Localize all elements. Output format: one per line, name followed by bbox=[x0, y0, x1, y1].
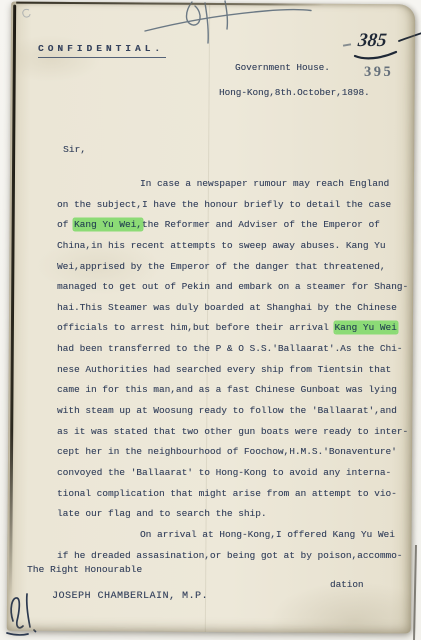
body-text: late our flag and to search the ship. bbox=[57, 508, 267, 519]
body-text: On arrival at Hong-Kong,I offered Kang Y… bbox=[140, 529, 395, 540]
body-line: late our flag and to search the ship. bbox=[57, 508, 409, 529]
body-line: came in for this man,and as a fast Chine… bbox=[57, 384, 409, 405]
ink-initials-icon bbox=[4, 589, 42, 637]
body-line: of Kang Yu Wei,the Reformer and Adviser … bbox=[57, 219, 409, 240]
scanned-letter-page: CONFIDENTIAL. 385 395 Government House. bbox=[0, 0, 421, 640]
body-line: Wei,apprised by the Emperor of the dange… bbox=[57, 261, 409, 282]
letter-body: In case a newspaper rumour may reach Eng… bbox=[57, 178, 409, 570]
underlying-page-edge bbox=[413, 545, 417, 640]
body-text: managed to get out of Pekin and embark o… bbox=[57, 281, 408, 292]
body-text: In case a newspaper rumour may reach Eng… bbox=[140, 178, 389, 189]
body-line: had been transferred to the P & O S.S.'B… bbox=[57, 343, 409, 364]
body-line: on the subject,I have the honour briefly… bbox=[57, 199, 409, 220]
addressee-name: JOSEPH CHAMBERLAIN, M.P. bbox=[52, 591, 208, 602]
body-line: with steam up at Woosung ready to follow… bbox=[57, 405, 409, 426]
body-line: as it was stated that two other gun boat… bbox=[57, 426, 409, 447]
addressee-honorific: The Right Honourable bbox=[27, 564, 142, 575]
body-text: the Reformer and Adviser of the Emperor … bbox=[142, 219, 380, 230]
body-text: had been transferred to the P & O S.S.'B… bbox=[57, 343, 402, 354]
ink-scribble-icon bbox=[137, 1, 315, 49]
body-line: nese Authorities had searched every ship… bbox=[57, 364, 409, 385]
catchword: dation bbox=[330, 579, 363, 590]
salutation: Sir, bbox=[63, 144, 86, 155]
paper-sheet: CONFIDENTIAL. 385 395 Government House. bbox=[7, 2, 415, 634]
highlighted-text: Kang Yu Wei bbox=[335, 322, 397, 333]
body-text: with steam up at Woosung ready to follow… bbox=[57, 405, 397, 416]
body-text: hai.This Steamer was duly boarded at Sha… bbox=[57, 302, 397, 313]
body-text: Wei,apprised by the Emperor of the dange… bbox=[57, 261, 385, 272]
body-line: cept her in the neighbourhood of Foochow… bbox=[57, 446, 409, 467]
pen-swash-icon bbox=[349, 29, 421, 63]
body-text: if he dreaded assasination,or being got … bbox=[57, 550, 402, 561]
body-line: In case a newspaper rumour may reach Eng… bbox=[57, 178, 409, 199]
body-line: tional complication that might arise fro… bbox=[57, 488, 409, 509]
body-line: officials to arrest him,but before their… bbox=[57, 322, 409, 343]
body-text: cept her in the neighbourhood of Foochow… bbox=[57, 446, 397, 457]
body-text: on the subject,I have the honour briefly… bbox=[57, 199, 391, 210]
letter-content: CONFIDENTIAL. 385 395 Government House. bbox=[9, 3, 413, 632]
body-text: nese Authorities had searched every ship… bbox=[57, 364, 391, 375]
body-text: tional complication that might arise fro… bbox=[57, 488, 397, 499]
body-text: officials to arrest him,but before their… bbox=[57, 322, 335, 333]
body-text: as it was stated that two other gun boat… bbox=[57, 426, 408, 437]
body-text: of bbox=[57, 219, 74, 230]
pencil-mark-icon bbox=[19, 6, 33, 20]
body-line: convoyed the 'Ballaarat' to Hong-Kong to… bbox=[57, 467, 409, 488]
body-text: came in for this man,and as a fast Chine… bbox=[57, 384, 397, 395]
body-text: convoyed the 'Ballaarat' to Hong-Kong to… bbox=[57, 467, 391, 478]
highlighted-text: Kang Yu Wei, bbox=[74, 219, 142, 230]
body-line: On arrival at Hong-Kong,I offered Kang Y… bbox=[57, 529, 409, 550]
letterhead-dateline: Hong-Kong,8th.October,1898. bbox=[219, 87, 370, 98]
body-line: China,in his recent attempts to sweep aw… bbox=[57, 240, 409, 261]
letterhead-place: Government House. bbox=[235, 62, 330, 73]
body-text: China,in his recent attempts to sweep aw… bbox=[57, 240, 385, 251]
body-line: managed to get out of Pekin and embark o… bbox=[57, 281, 409, 302]
folio-number-stamp: 395 bbox=[364, 64, 393, 81]
body-line: hai.This Steamer was duly boarded at Sha… bbox=[57, 302, 409, 323]
